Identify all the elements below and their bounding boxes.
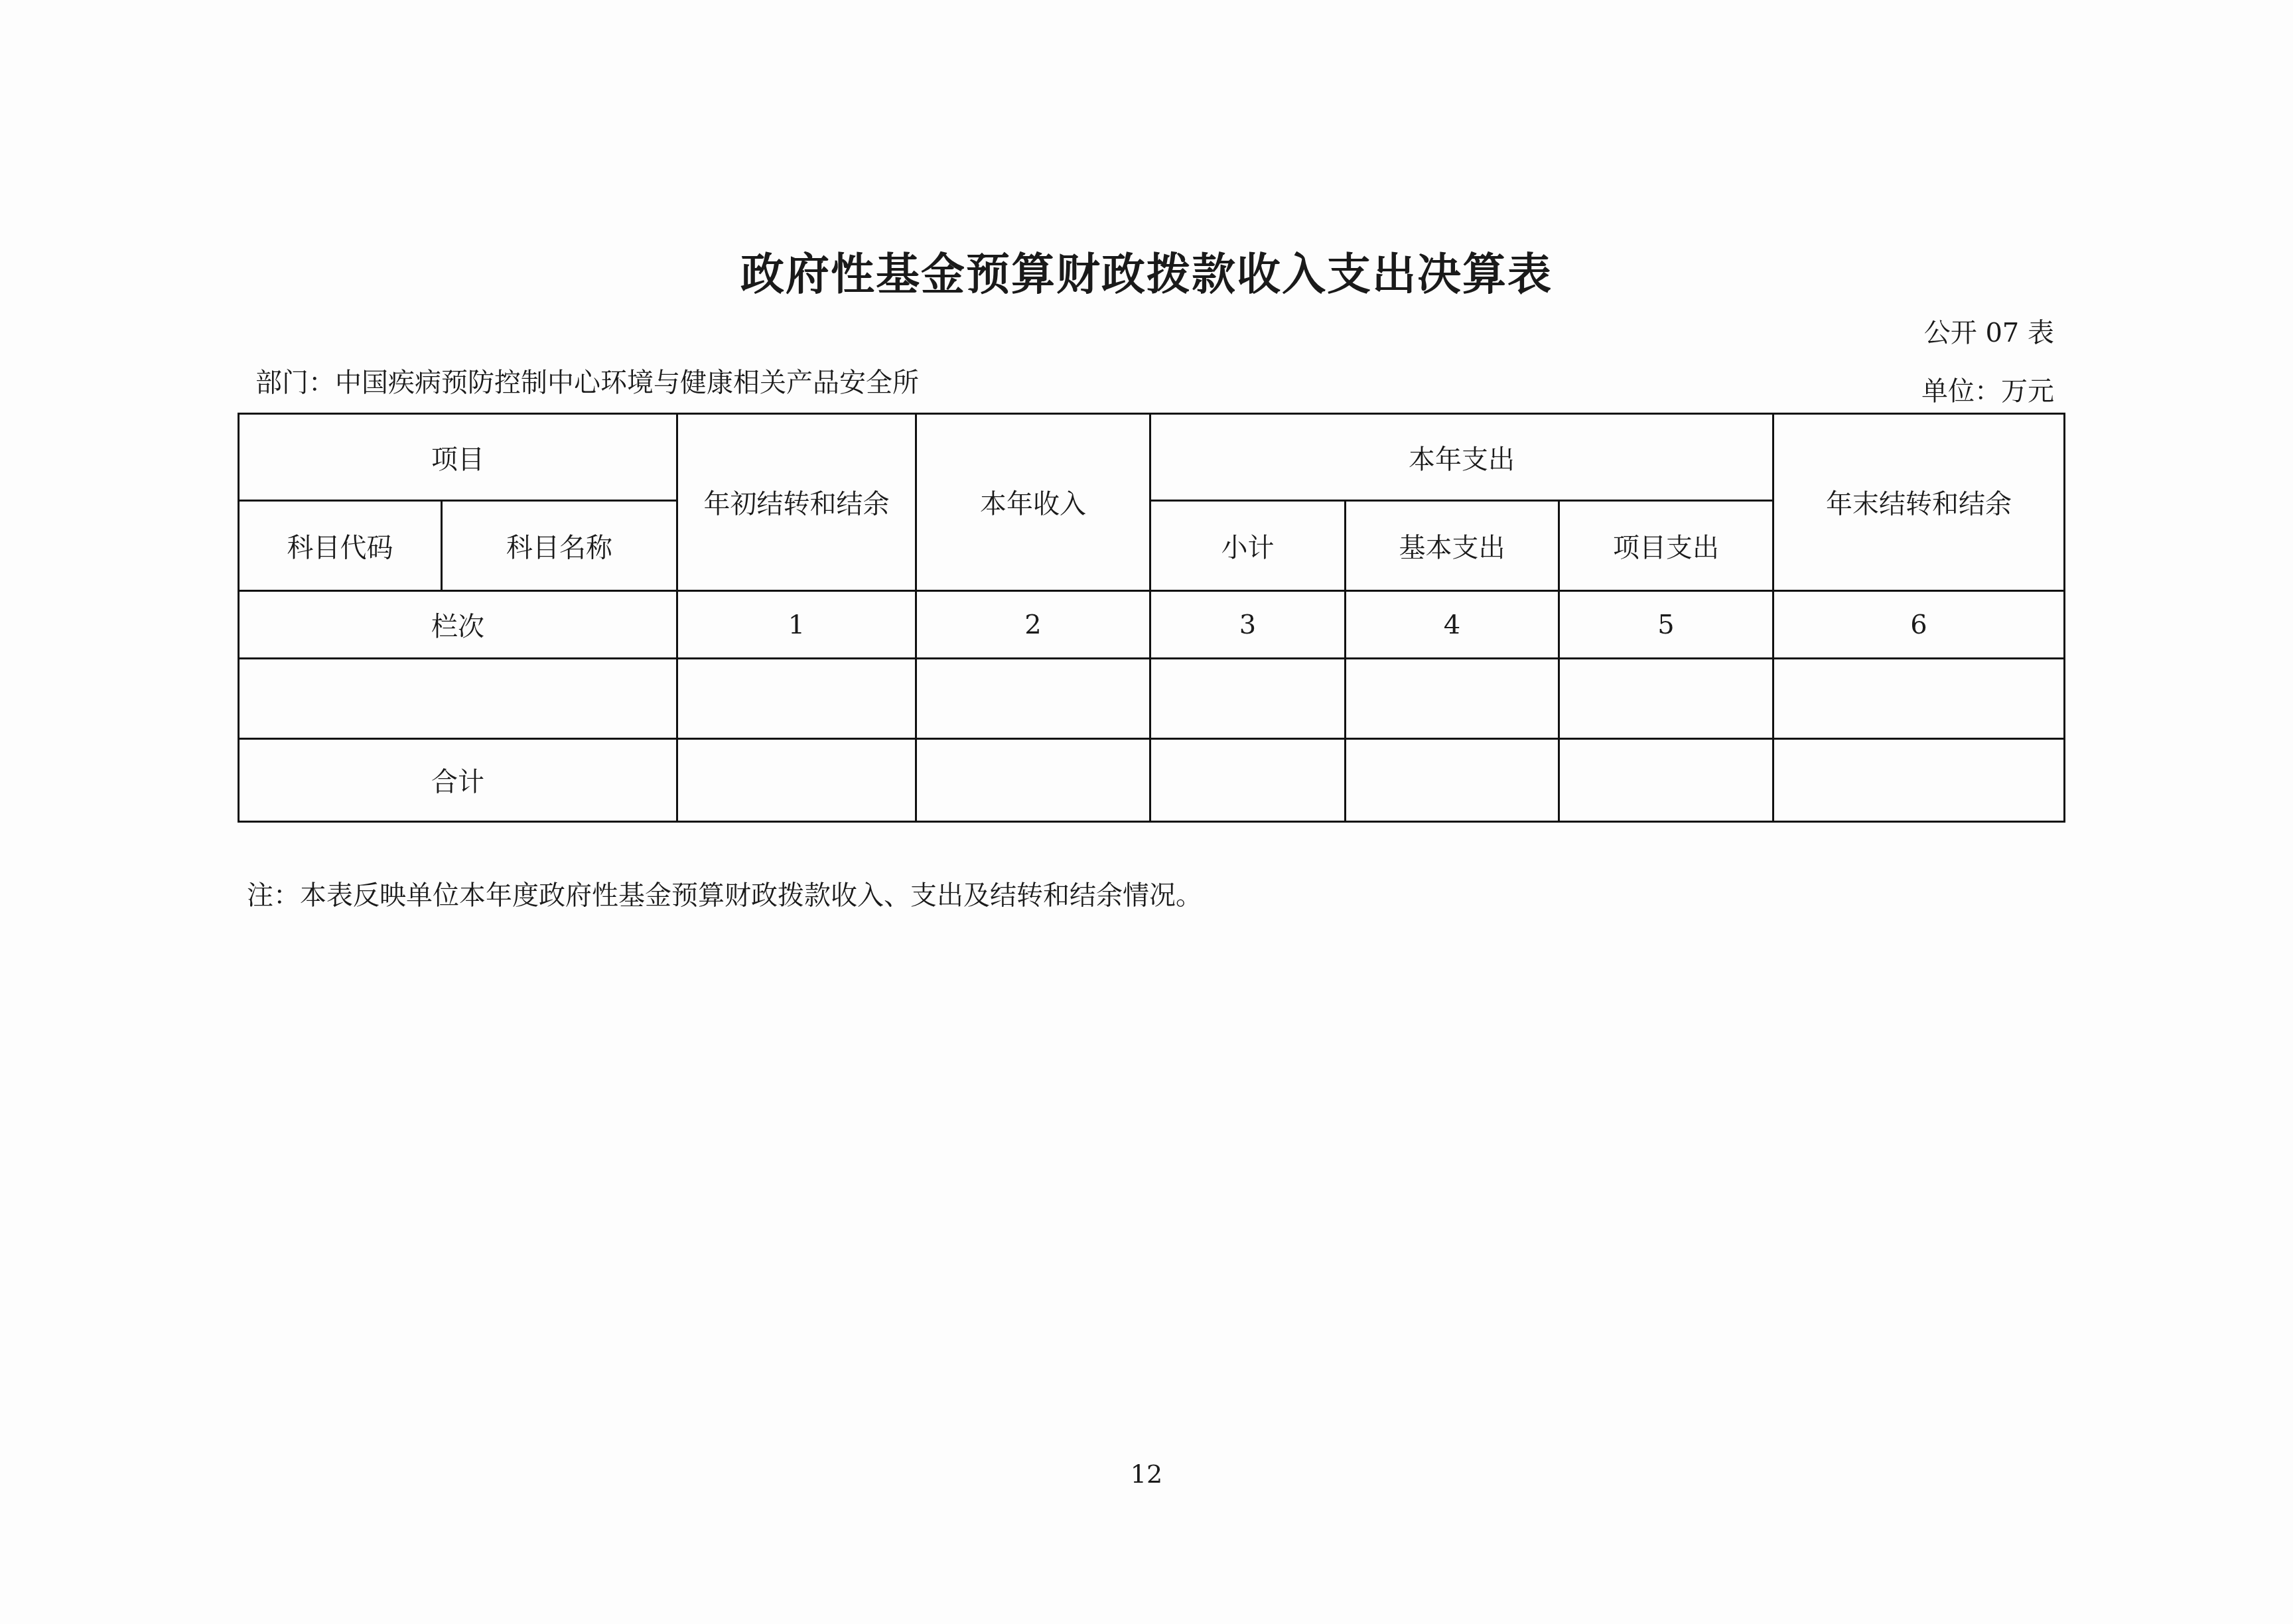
column-index-label: 栏次 <box>239 590 677 658</box>
data-cell <box>677 659 916 738</box>
header-project-expenditure: 项目支出 <box>1559 501 1773 590</box>
column-index-row: 栏次 1 2 3 4 5 6 <box>239 590 2065 658</box>
data-cell <box>916 659 1150 738</box>
document-title: 政府性基金预算财政拨款收入支出决算表 <box>0 239 2293 302</box>
header-opening-balance: 年初结转和结余 <box>677 414 916 591</box>
header-row-1: 项目 年初结转和结余 本年收入 本年支出 年末结转和结余 <box>239 414 2065 501</box>
total-cell <box>1346 738 1559 821</box>
table-note: 注：本表反映单位本年度政府性基金预算财政拨款收入、支出及结转和结余情况。 <box>247 874 1202 912</box>
data-row-subject <box>239 659 677 738</box>
page-number: 12 <box>0 1459 2293 1489</box>
total-cell <box>916 738 1150 821</box>
department-label: 部门：中国疾病预防控制中心环境与健康相关产品安全所 <box>255 362 919 399</box>
column-index-2: 2 <box>916 590 1150 658</box>
header-subject-code: 科目代码 <box>239 501 442 590</box>
total-cell <box>1559 738 1773 821</box>
total-cell <box>1773 738 2065 821</box>
table-row <box>239 659 2065 738</box>
total-cell <box>1150 738 1346 821</box>
data-cell <box>1346 659 1559 738</box>
header-current-expenditure: 本年支出 <box>1150 414 1773 501</box>
column-index-4: 4 <box>1346 590 1559 658</box>
header-subject-name: 科目名称 <box>442 501 677 590</box>
unit-label: 单位：万元 <box>1921 370 2054 408</box>
header-closing-balance: 年末结转和结余 <box>1773 414 2065 591</box>
form-id: 公开 07 表 <box>1924 312 2054 350</box>
data-cell <box>1773 659 2065 738</box>
header-subtotal: 小计 <box>1150 501 1346 590</box>
total-label: 合计 <box>239 738 677 821</box>
data-cell <box>1150 659 1346 738</box>
column-index-3: 3 <box>1150 590 1346 658</box>
data-cell <box>1559 659 1773 738</box>
column-index-6: 6 <box>1773 590 2065 658</box>
total-cell <box>677 738 916 821</box>
header-basic-expenditure: 基本支出 <box>1346 501 1559 590</box>
column-index-5: 5 <box>1559 590 1773 658</box>
header-current-income: 本年收入 <box>916 414 1150 591</box>
budget-table: 项目 年初结转和结余 本年收入 本年支出 年末结转和结余 科目代码 科目名称 小… <box>238 413 2063 823</box>
total-row: 合计 <box>239 738 2065 821</box>
header-item: 项目 <box>239 414 677 501</box>
column-index-1: 1 <box>677 590 916 658</box>
